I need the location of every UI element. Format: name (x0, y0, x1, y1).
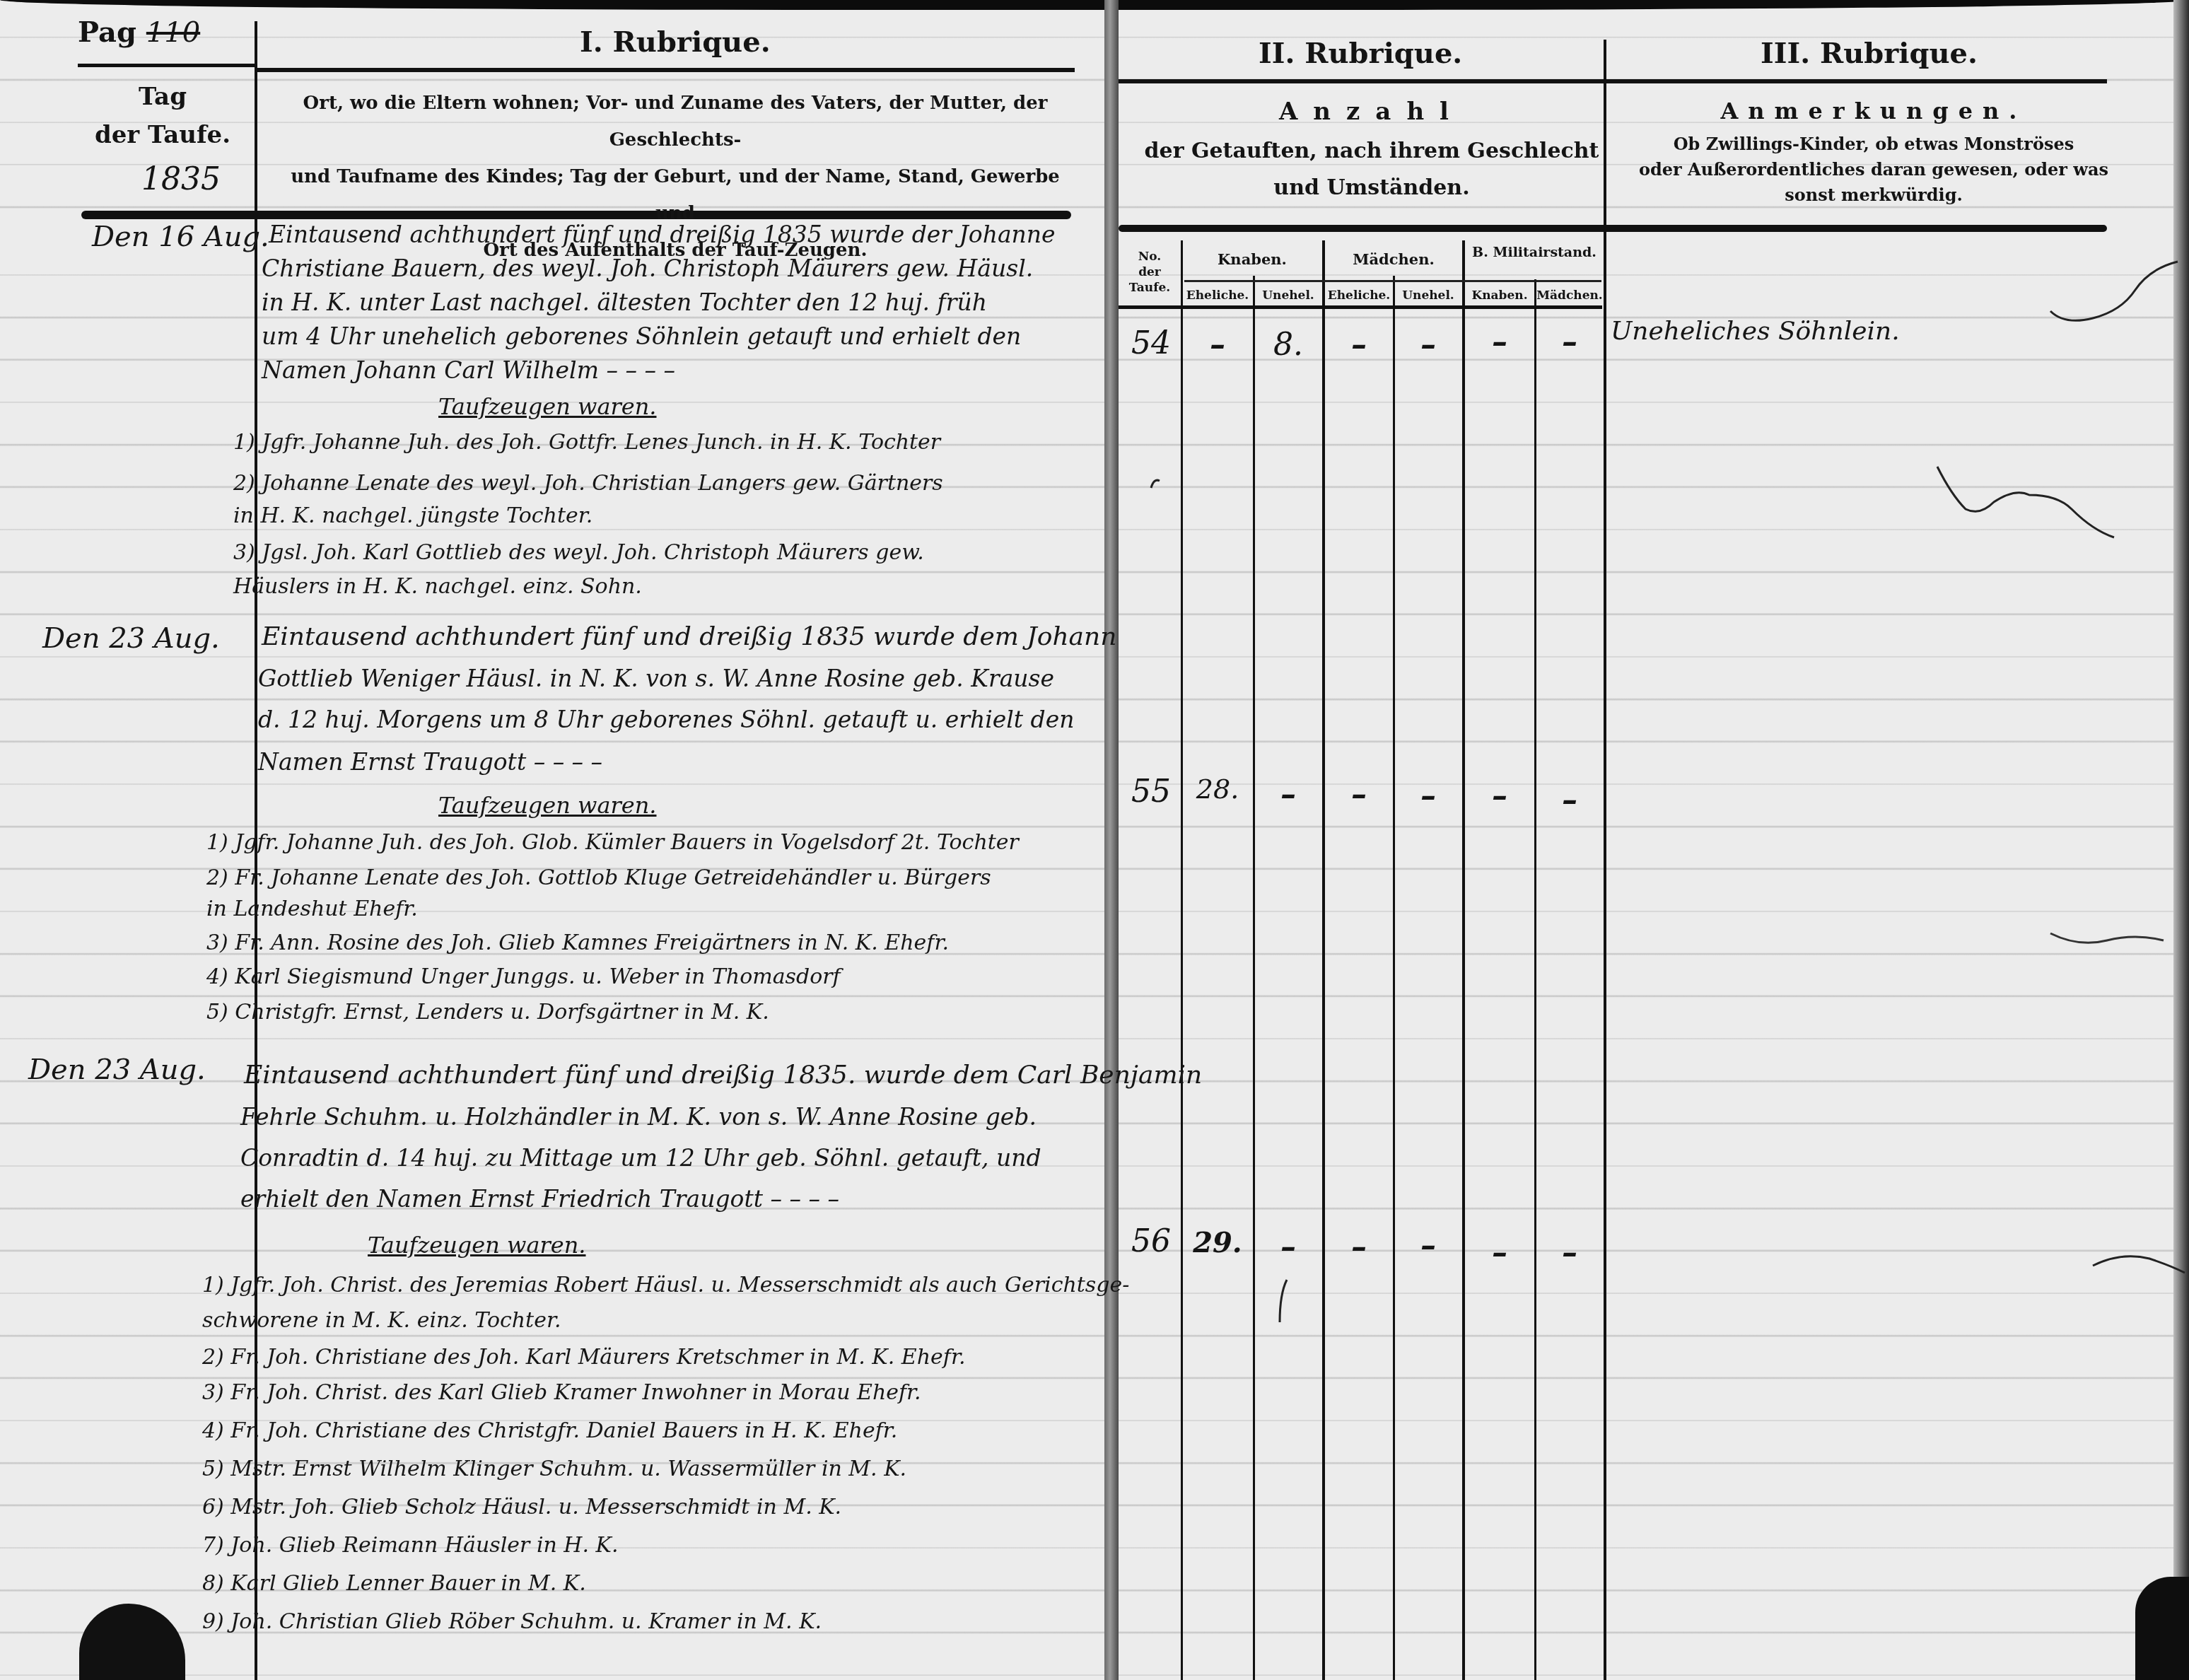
register-page: Pag 110 I. Rubrique. II. Rubrique. III. … (0, 0, 2189, 1680)
pen-strokes (0, 0, 2189, 1680)
